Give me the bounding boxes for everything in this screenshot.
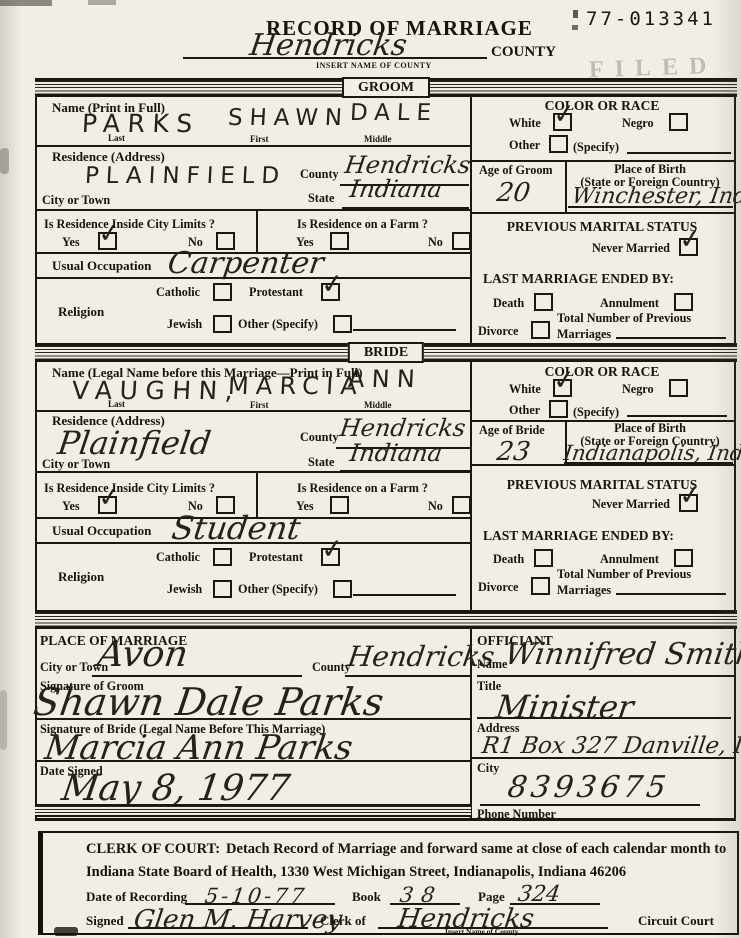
- scan-smudge: [88, 0, 116, 5]
- bride-other-checkbox: [333, 580, 352, 598]
- groom-race-title: COLOR OR RACE: [470, 98, 734, 114]
- row-line: [35, 718, 470, 720]
- row-line: [35, 542, 470, 544]
- form-bottom-border: [35, 818, 736, 821]
- groom-specify-label: (Specify): [573, 140, 619, 155]
- clerk-instructions-line2: Indiana State Board of Health, 1330 West…: [86, 864, 626, 881]
- groom-middle-name: DALE: [349, 100, 438, 126]
- groom-occupation-value: Carpenter: [166, 246, 327, 281]
- bride-middle-name: ANN: [347, 365, 422, 393]
- check-mark: ✓: [678, 225, 703, 254]
- groom-lme-title: LAST MARRIAGE ENDED BY:: [483, 271, 674, 287]
- bride-county-label: County: [300, 430, 339, 445]
- groom-jewish-checkbox: [213, 315, 232, 333]
- bride-race-title: COLOR OR RACE: [470, 364, 734, 380]
- officiant-phone-label: Phone Number: [477, 807, 556, 822]
- bride-county-value: Hendricks: [338, 414, 467, 442]
- groom-jewish-label: Jewish: [167, 317, 202, 332]
- bride-total-prev-2: Marriages: [557, 583, 611, 598]
- book-label: Book: [352, 889, 381, 905]
- marriage-city-value: Avon: [95, 634, 191, 675]
- county-label: COUNTY: [491, 44, 556, 61]
- marriage-record-scan: 77-013341 RECORD OF MARRIAGE Hendricks C…: [0, 0, 741, 938]
- groom-other-specify-line: [353, 329, 456, 331]
- bride-total-prev-line: [616, 593, 726, 595]
- row-line: [35, 209, 470, 211]
- bride-farm-no-checkbox: [452, 496, 471, 514]
- groom-last-name: PARKS: [81, 109, 200, 138]
- groom-religion-label: Religion: [58, 304, 104, 320]
- row-line: [35, 410, 470, 412]
- row-line: [35, 277, 470, 279]
- clerk-of-label: Clerk of: [320, 913, 366, 929]
- groom-other-race-checkbox: [549, 135, 568, 153]
- row-line: [35, 145, 470, 147]
- marriage-county-line: [345, 675, 471, 677]
- groom-protestant-checkbox: ✓: [321, 283, 340, 301]
- bride-white-label: White: [509, 382, 541, 397]
- groom-state-value: Indiana: [348, 175, 444, 203]
- groom-divorce-label: Divorce: [478, 324, 518, 339]
- bride-occupation-label: Usual Occupation: [52, 523, 151, 539]
- bride-lme-title: LAST MARRIAGE ENDED BY:: [483, 528, 674, 544]
- date-signed-value: May 8, 1977: [59, 768, 292, 809]
- bride-death-checkbox: [534, 549, 553, 567]
- officiant-name-line: [477, 675, 735, 677]
- check-mark: ✓: [320, 270, 345, 299]
- marriage-city-line: [92, 675, 302, 677]
- bride-never-married-label: Never Married: [592, 497, 670, 512]
- bride-divorce-checkbox: [531, 577, 550, 595]
- bride-total-prev-1: Total Number of Previous: [557, 567, 691, 582]
- check-mark: ✓: [552, 366, 577, 395]
- bride-other-race-label: Other: [509, 403, 540, 418]
- sub-label-last: Last: [108, 399, 125, 409]
- scan-smudge: [0, 0, 52, 6]
- groom-occupation-label: Usual Occupation: [52, 258, 151, 274]
- officiant-city-line: [480, 804, 700, 806]
- check-mark: ✓: [97, 483, 122, 512]
- row-line: [35, 760, 470, 762]
- bride-age-label: Age of Bride: [479, 423, 545, 438]
- bride-city-limits-yes-checkbox: ✓: [98, 496, 117, 514]
- row-line: [35, 471, 470, 473]
- bride-jewish-label: Jewish: [167, 582, 202, 597]
- bride-state-label: State: [308, 455, 334, 470]
- groom-farm-question: Is Residence on a Farm ?: [297, 217, 428, 232]
- bride-city-label: City or Town: [42, 457, 110, 472]
- sub-label-last: Last: [108, 133, 125, 143]
- groom-negro-label: Negro: [622, 116, 654, 131]
- check-mark: ✓: [552, 100, 577, 129]
- bride-specify-line: [627, 415, 727, 417]
- sub-label-first: First: [250, 134, 269, 144]
- bride-farm-question: Is Residence on a Farm ?: [297, 481, 428, 496]
- groom-total-prev-1: Total Number of Previous: [557, 311, 691, 326]
- insert-county-note: INSERT NAME OF COUNTY: [316, 61, 432, 70]
- scan-smudge: [572, 25, 578, 30]
- bride-divorce-label: Divorce: [478, 580, 518, 595]
- groom-farm-no-label: No: [428, 235, 443, 250]
- bride-protestant-label: Protestant: [249, 550, 303, 565]
- groom-other-checkbox: [333, 315, 352, 333]
- bride-city-limits-question: Is Residence Inside City Limits ?: [44, 481, 215, 496]
- groom-birthplace-line: [568, 206, 733, 208]
- clerk-body1: Detach Record of Marriage and forward sa…: [226, 841, 726, 857]
- officiant-city-value: 8393675: [506, 770, 673, 805]
- bride-signature: Marcia Ann Parks: [42, 728, 355, 768]
- bride-negro-label: Negro: [622, 382, 654, 397]
- bride-state-value: Indiana: [348, 439, 444, 467]
- bride-other-specify-label: Other (Specify): [238, 582, 318, 597]
- groom-total-prev-line: [616, 337, 726, 339]
- signed-line: [128, 927, 308, 929]
- groom-white-checkbox: ✓: [553, 113, 572, 131]
- check-mark: ✓: [678, 481, 703, 510]
- groom-first-name: SHAWN: [227, 105, 349, 131]
- signed-label: Signed: [86, 913, 124, 929]
- groom-other-specify-label: Other (Specify): [238, 317, 318, 332]
- bride-other-race-checkbox: [549, 400, 568, 418]
- groom-city-limits-yes-checkbox: ✓: [98, 232, 117, 250]
- groom-city-limits-yes-label: Yes: [62, 235, 80, 250]
- groom-never-married-label: Never Married: [592, 241, 670, 256]
- bride-catholic-checkbox: [213, 548, 232, 566]
- bride-never-married-checkbox: ✓: [679, 494, 698, 512]
- groom-annulment-checkbox: [674, 293, 693, 311]
- groom-farm-no-checkbox: [452, 232, 471, 250]
- groom-city-label: City or Town: [42, 193, 110, 208]
- bride-religion-label: Religion: [58, 569, 104, 585]
- groom-state-label: State: [308, 191, 334, 206]
- signed-value: Glen M. Harvey: [132, 905, 344, 935]
- bride-other-specify-line: [353, 594, 456, 596]
- row-line: [470, 212, 735, 214]
- circuit-court-label: Circuit Court: [638, 913, 714, 929]
- clerk-instructions-line1: CLERK OF COURT:Detach Record of Marriage…: [86, 841, 726, 858]
- groom-age-label: Age of Groom: [479, 163, 553, 178]
- scan-smudge: [0, 148, 9, 174]
- groom-band-title: GROOM: [342, 77, 430, 98]
- marriage-county-value: Hendricks: [346, 640, 497, 673]
- bride-first-name: MARCIA: [227, 372, 365, 400]
- groom-death-label: Death: [493, 296, 524, 311]
- clerk-insert-county-note: Insert Name of County: [445, 927, 519, 936]
- groom-catholic-checkbox: [213, 283, 232, 301]
- section-divider-band: [35, 610, 737, 629]
- scan-smudge: [0, 690, 7, 750]
- groom-city-value: PLAINFIELD: [84, 163, 286, 189]
- bride-farm-no-label: No: [428, 499, 443, 514]
- bride-death-label: Death: [493, 552, 524, 567]
- bride-band: BRIDE: [35, 343, 737, 362]
- officiant-name-value: Winnifred Smith: [503, 637, 741, 672]
- bride-catholic-label: Catholic: [156, 550, 200, 565]
- bride-last-name: VAUGHN,: [71, 376, 241, 405]
- bride-annulment-checkbox: [674, 549, 693, 567]
- document-number: 77-013341: [586, 8, 716, 30]
- row-line: [470, 464, 735, 466]
- officiant-title-line: [477, 717, 731, 719]
- groom-band: GROOM: [35, 78, 737, 97]
- sub-label-middle: Middle: [364, 134, 392, 144]
- groom-death-checkbox: [534, 293, 553, 311]
- groom-negro-checkbox: [669, 113, 688, 131]
- bride-protestant-checkbox: ✓: [321, 548, 340, 566]
- bride-annulment-label: Annulment: [600, 552, 659, 567]
- groom-never-married-checkbox: ✓: [679, 238, 698, 256]
- groom-specify-line: [627, 152, 731, 154]
- bride-specify-label: (Specify): [573, 405, 619, 420]
- place-of-marriage-end-band: [35, 804, 471, 817]
- groom-county-label: County: [300, 167, 339, 182]
- groom-annulment-label: Annulment: [600, 296, 659, 311]
- groom-farm-yes-checkbox: [330, 232, 349, 250]
- groom-divorce-checkbox: [531, 321, 550, 339]
- groom-white-label: White: [509, 116, 541, 131]
- bride-age-value: 23: [495, 437, 532, 467]
- groom-total-prev-2: Marriages: [557, 327, 611, 342]
- check-mark: ✓: [320, 535, 345, 564]
- groom-protestant-label: Protestant: [249, 285, 303, 300]
- officiant-address-line: [472, 757, 735, 759]
- groom-city-limits-question: Is Residence Inside City Limits ?: [44, 217, 215, 232]
- bride-farm-yes-checkbox: [330, 496, 349, 514]
- bride-white-checkbox: ✓: [553, 379, 572, 397]
- officiant-city-label: City: [477, 761, 499, 776]
- groom-other-race-label: Other: [509, 138, 540, 153]
- sub-label-middle: Middle: [364, 400, 392, 410]
- bride-negro-checkbox: [669, 379, 688, 397]
- bride-band-title: BRIDE: [348, 342, 424, 363]
- recording-date-label: Date of Recording: [86, 889, 187, 905]
- bride-city-limits-yes-label: Yes: [62, 499, 80, 514]
- bride-jewish-checkbox: [213, 580, 232, 598]
- county-line: [183, 57, 487, 59]
- officiant-address-value: R1 Box 327 Danville, Ind: [480, 733, 741, 759]
- check-mark: ✓: [97, 219, 122, 248]
- groom-catholic-label: Catholic: [156, 285, 200, 300]
- sub-label-first: First: [250, 400, 269, 410]
- page-label: Page: [478, 889, 505, 905]
- scan-smudge: [573, 10, 578, 18]
- clerk-heading: CLERK OF COURT:: [86, 841, 220, 857]
- groom-age-value: 20: [495, 178, 532, 208]
